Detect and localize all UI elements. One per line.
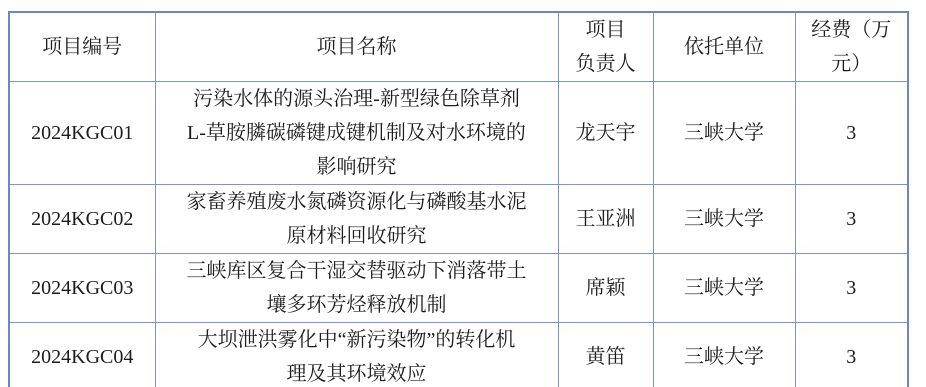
cell-project-leader: 龙天宇 (558, 82, 653, 185)
cell-project-title: 大坝泄洪雾化中“新污染物”的转化机 理及其环境效应 (155, 323, 558, 387)
table-row: 2024KGC02 家畜养殖废水氮磷资源化与磷酸基水泥 原材料回收研究 王亚洲 … (9, 185, 908, 254)
col-header-supporting-unit: 依托单位 (653, 12, 795, 82)
cell-funding: 3 (795, 82, 908, 185)
cell-supporting-unit: 三峡大学 (653, 185, 795, 254)
cell-project-code: 2024KGC02 (9, 185, 155, 254)
projects-table: 项目编号 项目名称 项目 负责人 依托单位 经费（万 元） 2024KGC01 … (8, 11, 909, 387)
cell-project-code: 2024KGC03 (9, 254, 155, 323)
cell-project-leader: 王亚洲 (558, 185, 653, 254)
cell-project-title: 家畜养殖废水氮磷资源化与磷酸基水泥 原材料回收研究 (155, 185, 558, 254)
cell-project-title: 三峡库区复合干湿交替驱动下消落带土 壤多环芳烃释放机制 (155, 254, 558, 323)
col-header-project-code: 项目编号 (9, 12, 155, 82)
col-header-funding: 经费（万 元） (795, 12, 908, 82)
cell-project-code: 2024KGC01 (9, 82, 155, 185)
table-header-row: 项目编号 项目名称 项目 负责人 依托单位 经费（万 元） (9, 12, 908, 82)
cell-funding: 3 (795, 185, 908, 254)
col-header-project-leader: 项目 负责人 (558, 12, 653, 82)
cell-project-title: 污染水体的源头治理-新型绿色除草剂 L-草胺膦碳磷键成键机制及对水环境的 影响研… (155, 82, 558, 185)
cell-funding: 3 (795, 323, 908, 387)
cell-project-leader: 席颖 (558, 254, 653, 323)
table-row: 2024KGC01 污染水体的源头治理-新型绿色除草剂 L-草胺膦碳磷键成键机制… (9, 82, 908, 185)
cell-supporting-unit: 三峡大学 (653, 323, 795, 387)
table-row: 2024KGC03 三峡库区复合干湿交替驱动下消落带土 壤多环芳烃释放机制 席颖… (9, 254, 908, 323)
col-header-project-title: 项目名称 (155, 12, 558, 82)
cell-supporting-unit: 三峡大学 (653, 254, 795, 323)
cell-project-code: 2024KGC04 (9, 323, 155, 387)
cell-project-leader: 黄笛 (558, 323, 653, 387)
table-row: 2024KGC04 大坝泄洪雾化中“新污染物”的转化机 理及其环境效应 黄笛 三… (9, 323, 908, 387)
cell-supporting-unit: 三峡大学 (653, 82, 795, 185)
cell-funding: 3 (795, 254, 908, 323)
